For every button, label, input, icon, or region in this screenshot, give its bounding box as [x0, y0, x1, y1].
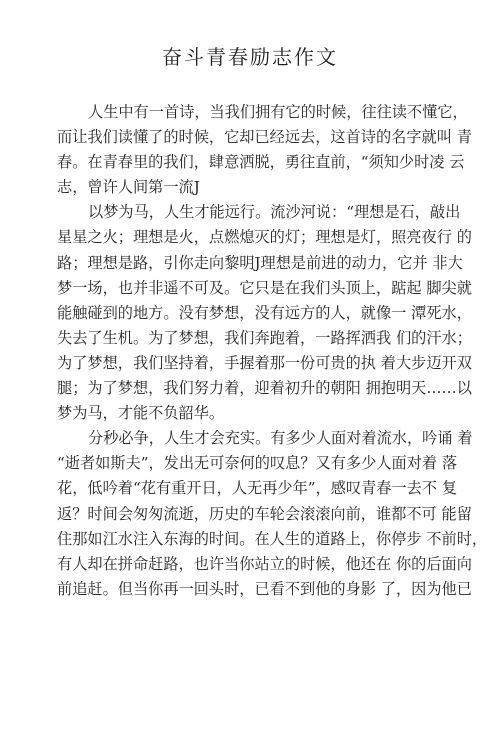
- document-title: 奋斗青春励志作文: [0, 44, 500, 70]
- text-line: 梦为马，才能不负韶华。: [57, 401, 449, 426]
- text-line: 春。在青春里的我们，肆意洒脱，勇往直前，“须知少时凌 云: [57, 150, 449, 175]
- text-line: 失去了生机。为了梦想，我们奔跑着，一路挥洒我 们的汗水；: [57, 326, 449, 351]
- text-line: 返？时间会匆匆流逝，历史的车轮会滚滚向前，谁都不可 能留: [57, 502, 449, 527]
- text-line: 星星之火；理想是火，点燃熄灭的灯；理想是灯，照亮夜行 的: [57, 225, 449, 250]
- text-line: “逝者如斯夫”，发出无可奈何的叹息？又有多少人面对着 落: [57, 451, 449, 476]
- text-line: 人生中有一首诗，当我们拥有它的时候，往往读不懂它，: [57, 100, 449, 125]
- text-line: 能触碰到的地方。没有梦想，没有远方的人，就像一 潭死水，: [57, 301, 449, 326]
- text-line: 前追赶。但当你再一回头时，已看不到他的身影 了，因为他已: [57, 577, 449, 602]
- paragraph-1: 人生中有一首诗，当我们拥有它的时候，往往读不懂它， 而让我们读懂了的时候，它却已…: [57, 100, 449, 200]
- paragraph-3: 分秒必争，人生才会充实。有多少人面对着流水，吟诵 着 “逝者如斯夫”，发出无可奈…: [57, 426, 449, 602]
- text-line: 而让我们读懂了的时候，它却已经远去，这首诗的名字就叫 青: [57, 125, 449, 150]
- document-page: 奋斗青春励志作文 人生中有一首诗，当我们拥有它的时候，往往读不懂它， 而让我们读…: [0, 0, 500, 733]
- paragraph-2: 以梦为马，人生才能远行。流沙河说：“理想是石，敲出 星星之火；理想是火，点燃熄灭…: [57, 200, 449, 426]
- text-line: 花，低吟着“花有重开日，人无再少年”，感叹青春一去不 复: [57, 476, 449, 501]
- text-line: 有人却在拼命赶路，也许当你站立的时候，他还在 你的后面向: [57, 552, 449, 577]
- document-body: 人生中有一首诗，当我们拥有它的时候，往往读不懂它， 而让我们读懂了的时候，它却已…: [57, 100, 449, 602]
- text-line: 志，曾许人间第一流J: [57, 175, 449, 200]
- text-line: 以梦为马，人生才能远行。流沙河说：“理想是石，敲出: [57, 200, 449, 225]
- text-line: 分秒必争，人生才会充实。有多少人面对着流水，吟诵 着: [57, 426, 449, 451]
- text-line: 路；理想是路，引你走向黎明J理想是前进的动力，它并 非大: [57, 251, 449, 276]
- text-line: 腿；为了梦想，我们努力着，迎着初升的朝阳 拥抱明天……以: [57, 376, 449, 401]
- text-line: 梦一场，也并非遥不可及。它只是在我们头顶上，踮起 脚尖就: [57, 276, 449, 301]
- text-line: 为了梦想，我们坚持着，手握着那一份可贵的执 着大步迈开双: [57, 351, 449, 376]
- text-line: 住那如江水注入东海的时间。在人生的道路上，你停步 不前时，: [57, 527, 449, 552]
